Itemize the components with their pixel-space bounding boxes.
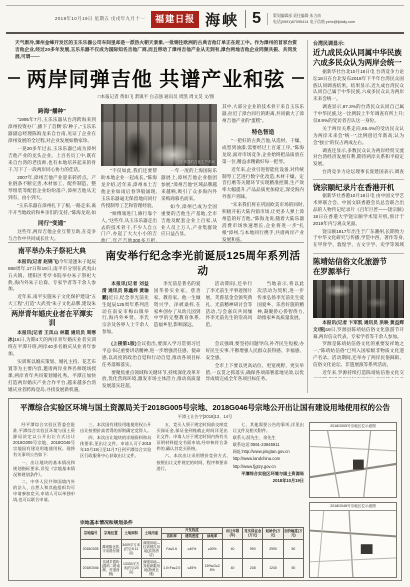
paragraph: 本报讯(记者 刘益清 通讯员 陈鑫炜 黄瑜鹏)近日,纪念李光前先生诞辰125周年… (102, 281, 149, 336)
contact-line: 网址:http://www.pingtan.gov.cn (233, 449, 304, 455)
paragraph: (上接第1版)会议指出,要深入学习贯彻习近平总书记重要讲话精神,进一步增强责任感… (102, 341, 201, 369)
land-announcement: 平潭综合实验区环境与国土资源局关于2018G005号宗地、2018G046号宗地… (8, 398, 402, 581)
paragraph-text: 16日,为期4天的两岸青年婚庆业者实训班在平潭开班,两岸40多名婚庆从业青年参加… (8, 337, 96, 356)
map-canvas (310, 431, 396, 497)
paragraph-text: 18日,罗源县陈靖姑信俗文化旅游节开幕,两岸信众代表、专家学者等千余人参加。 (313, 327, 404, 339)
story-column: 李光前是著名的爱国华侨实业家、慈善家、教育家。他一生倾资兴学、泽被桑梓,在家乡创… (154, 281, 201, 337)
chen-headline: 陈靖姑信俗文化旅游节 在罗源举行 (313, 257, 404, 278)
paragraph: 2007年,漳州吉他产业迎来转折点。产业链条不断完善,木材加工、配件制造、整琴组… (8, 175, 96, 203)
paragraph: 饶宗颐1917年出生于广东潮州,长期致力于中华文化研究与传播,学贯中西、著作等身… (313, 229, 404, 250)
paragraph: 二、中华人民共和国境内外的法人、自然人和其他组织均可申请参加竞买,申请人可以单独… (13, 479, 75, 503)
announcement-body: 经平潭综合实验区管委会批准,平潭综合实验区环境与国土资源局决定以公开出让方式出让… (13, 422, 397, 578)
date-line: 2018年10月19日 星期五 戊戌年九月十一 (55, 16, 145, 22)
headline-line: 近九成民众认同属中华民族 (313, 48, 402, 57)
rao-headline: 饶宗颐纪录片在香港开机 (313, 183, 404, 193)
table-cell: 2990 (263, 540, 283, 559)
announcement-column: 五、竞买人须于规定时间前交纳竞买保证金,保证金到账截止时间详见出让文件。申请人应… (156, 422, 227, 517)
paragraph: 六、本次出让采用增价竞价方式,按照出让文件规定的时间、程序和要求进行。 (156, 453, 227, 471)
middle-band: 南安举行纪念李光前诞辰125周年系列活动 本报讯(记者 刘益清 通讯员 陈鑫炜 … (102, 246, 304, 394)
story-byline: 本报讯(记者 赵锦飞) (17, 259, 59, 264)
story-paragraphs: 本报讯(记者 赵锦飞)今年适逢朱子诞辰888周年,17日和19日,南平市分别在武… (8, 259, 96, 309)
table-cell: 1240 (263, 559, 283, 578)
paragraph: 本报讯(记者 王凤山 林霞 通讯员 周寒冰)16日,为期4天的两岸青年婚庆业者实… (8, 330, 96, 358)
table-cell: 3409平方米(约合5.11亩) (121, 540, 141, 559)
paragraph: 据新华社香港10月18日电 由中国文学艺术界联合会、中国文联香港会员总会联合出品… (313, 193, 404, 227)
editor-line: 策划编辑部 责任编辑·朱力南 (273, 14, 321, 18)
story-paragraphs: 据新华社香港10月18日电 由中国文学艺术界联合会、中国文联香港会员总会联合出品… (313, 193, 404, 249)
contact-line: http://www.landchina.com (233, 456, 304, 462)
contact-block: 联系人:薛先生、余先生联系电话:0591-23845911网址:http://w… (233, 435, 304, 469)
contact-line: 电话(0591)87095414 电子信箱 yzhx@fjdaily.com (273, 20, 355, 24)
headline-rule-left (8, 77, 20, 78)
lower-band: 南平举办朱子祭祀大典 本报讯(记者 赵锦飞)今年适逢朱子诞辰888周年,17日和… (8, 242, 304, 394)
paragraph: 七、其他需要公告的事项,详见出让文件及相关附件。 (233, 422, 304, 434)
paragraph: 全市上下要以更高站位、更宽视野、更实举措,一以贯之抓落实,确保各项部署落地见效,… (206, 363, 305, 384)
story-column: 活动期间,还举行了李光前生平事迹图片展、芙蓉基金会颁奖典礼、光前精神研讨会等活动… (206, 281, 253, 337)
right-sidebar: 台湾民调显示: 近九成民众认同属中华民族 六成多民众认为两岸会统一 据新华社台北… (307, 40, 404, 393)
poll-story: 台湾民调显示: 近九成民众认同属中华民族 六成多民众认为两岸会统一 据新华社台北… (313, 40, 404, 175)
nanan-headline: 南安举行纪念李光前诞辰125周年系列活动 (102, 248, 304, 278)
main-headline-row: 两岸同弹吉他 共谱产业和弦 (8, 63, 304, 92)
column-header: 竞买保证金(万元) (243, 527, 263, 540)
announcement-middle: 三、本次国有建设用地使用权公开出让按照价高者得的原则确定竞得人。四、本次出让地块… (80, 422, 304, 578)
table-cell: 15%≤G≤25% (202, 559, 222, 578)
table-row: 2018G005潭城镇北厝,平岚路东侧3409平方米(约合5.11亩)商服用地—… (81, 540, 304, 559)
story-column-middle: 玉乐乐器的吉他生产车间 “不仅如此,我们还要帮助本地企业一起成长。”陈海龙介绍,… (101, 104, 217, 244)
sub-column: 一年一度的上海国际乐器展上,漳州吉他企业抱团参展,“漳州吉他”区域品牌越来越响,… (161, 168, 217, 244)
paragraph: 三、本次国有建设用地使用权公开出让按照价高者得的原则确定竞得人。 (80, 422, 151, 434)
paragraph-text: 近日,纪念李光前先生诞辰125周年系列活动在南安市梅山镇举行,海内外乡贤、李氏宗… (102, 295, 149, 334)
story-paragraphs: 据新华社台北10月18日电 台湾竞争力论坛18日在台北发布2018年下半年台湾民… (313, 69, 404, 175)
column-paragraphs: “一把好的古典吉他,从选材、干燥、成型到油漆,需要经过上百道工序。”陈海龙说,面… (222, 138, 304, 243)
column-header: 出让年限(年) (222, 527, 242, 540)
table-title: 宗地基本情况和规划条件 (80, 519, 304, 526)
paragraph: 据新华社台北10月18日电 台湾竞争力论坛18日在台北发布2018年下半年台湾民… (313, 69, 404, 103)
paragraph: “未来我们将在巩固欧美市场的同时,积极开拓大陆内销市场,让更多人弹上漳州造的好吉… (222, 202, 304, 243)
parcel-table-head: 宗地编号宗地位置土地面积土地用途开发程度出让年限(年)竞买保证金(万元)起始价(… (81, 527, 304, 540)
issue-date: 2018年10月19日 (233, 478, 304, 484)
table-cell: 岚城乡霞屿(霞屿二路南侧、村道西侧) (101, 559, 121, 578)
rao-story: 饶宗颐纪录片在香港开机 据新华社香港10月18日电 由中国文学艺术界联合会、中国… (313, 179, 404, 249)
table-cell: 40 (222, 559, 242, 578)
table-cell: 990 (243, 540, 263, 559)
announcement-column: 七、其他需要公告的事项,详见出让文件及相关附件。 联系人:薛先生、余先生联系电话… (233, 422, 304, 517)
announcement-column: 经平潭综合实验区管委会批准,平潭综合实验区环境与国土资源局决定以公开出让方式出让… (13, 422, 75, 578)
section-name: 海峡 (205, 9, 239, 30)
paragraph: 调查还显示,多数民众认为两岸经贸交流对台湾经济发展有利,期待两岸关系和平稳定发展… (313, 148, 404, 169)
photo-caption: 玉乐乐器的吉他生产车间 (177, 160, 216, 165)
table-cell: 50 (283, 540, 303, 559)
paragraph: “不仅如此,我们还要帮助本地企业一起成长。”陈海龙介绍,近年来,漳州本土吉他企业… (101, 168, 157, 209)
below-photo-columns: “不仅如此,我们还要帮助本地企业一起成长。”陈海龙介绍,近年来,漳州本土吉他企业… (101, 168, 217, 244)
contact-line: http://www.fjgtzy.gov.cn (233, 464, 304, 470)
subhead-peers: 同行“变通” (8, 219, 96, 227)
parcel-table-body: 2018G005潭城镇北厝,平岚路东侧3409平方米(约合5.11亩)商服用地—… (81, 540, 304, 578)
column-header: 宗地位置 (101, 527, 121, 540)
subhead-smart-manufacturing: 特色智造 (222, 128, 304, 136)
wedding-story: 两岸青年婚庆业者在平潭实训 本报讯(记者 王凤山 林霞 通讯员 周寒冰)16日,… (8, 311, 96, 393)
table-cell: 1.0<Fa≤2.0 (162, 559, 182, 578)
photo-guitar-workshop: 玉乐乐器的吉他生产车间 (101, 104, 217, 166)
map-title: 2018G005号宗地区位示意图 (310, 423, 396, 431)
paragraph: 本报讯(记者 赵锦飞)今年适逢朱子诞辰888周年,17日和19日,南平市分别在武… (8, 259, 96, 293)
left-column-stories: 南平举办朱子祭祀大典 本报讯(记者 赵锦飞)今年适逢朱子诞辰888周年,17日和… (8, 246, 96, 394)
paragraph: “一把好的古典吉他,从选材、干燥、成型到油漆,需要经过上百道工序。”陈海龙说,面… (222, 138, 304, 166)
story-column: 当地表示,将以此次活动为契机,进一步传承弘扬李光前先生爱国爱乡、乐善好施的精神,… (257, 281, 304, 337)
map-box-g046: 2018G046号宗地区位示意图 (309, 502, 397, 578)
paragraph: 五、竞买人须于规定时间前交纳竞买保证金,保证金到账截止时间详见出让文件。申请人应… (156, 422, 227, 452)
page-header: 2018年10月19日 星期五 戊戌年九月十一 福建日报 海峡 5 策划编辑部 … (6, 5, 404, 34)
table-cell: 40 (222, 540, 242, 559)
page-number: 5 (245, 10, 261, 28)
paragraph: 如今,漳州已成为全国重要的吉他生产基地,全市吉他及配套企业上百家,从业人员上万人… (161, 204, 217, 238)
column-header: 土地面积 (121, 527, 141, 540)
headline-rule-right (292, 77, 304, 78)
column-header: 宗地编号 (81, 527, 101, 540)
headline-line: 陈靖姑信俗文化旅游节 (313, 257, 387, 266)
paragraph: 四、本次出让地块的详细资料和具体要求,见出让文件。申请人可于2018年10月19… (80, 435, 151, 459)
paragraph: 活动期间,还举行了李光前生平事迹图片展、芙蓉基金会颁奖典礼、光前精神研讨会等活动… (206, 281, 253, 329)
story-column: 本报讯(记者 刘益清 通讯员 陈鑫炜 黄瑜鹏)近日,纪念李光前先生诞辰125周年… (102, 281, 149, 337)
paragraph: 关于两岸关系走向,65.4%的受访民众认为两岸未来会“统一”,比例创近年新高;认… (313, 126, 404, 147)
paragraph: 近年来,罗源持续打造陈靖姑信俗文化交流品牌,促进两岸民间交流交往,两岸信众往来日… (313, 370, 404, 378)
headline-line: 在罗源举行 (313, 267, 350, 276)
paragraph: 近年来,企业引进智能化设备,对传统制琴工艺进行数字化改造,木材干燥、定音打磨等关… (222, 167, 304, 201)
continuation-column: (上接第1版)会议指出,要深入学习贯彻习近平总书记重要讲话精神,进一步增强责任感… (102, 341, 201, 394)
table-cell: 商服用地—其他商服用地(物流仓储) (141, 559, 161, 578)
nanan-body-columns: 本报讯(记者 刘益清 通讯员 陈鑫炜 黄瑜鹏)近日,纪念李光前先生诞辰125周年… (102, 281, 304, 337)
table-cell: 2018G046 (81, 559, 101, 578)
paragraph: 其中,大部分企业的技术骨干来自玉乐乐器,拉近了漳台同行的距离,共同做大了漳州吉他… (222, 104, 304, 125)
story-body-columns: 跨海“播种” “1995年7月,玉乐乐器从台湾跨海来到漳州投资办厂,播下了首颗‘… (8, 104, 304, 244)
continuation-columns: (上接第1版)会议指出,要深入学习贯彻习近平总书记重要讲话精神,进一步增强责任感… (102, 341, 304, 394)
zhuxi-headline: 南平举办朱子祭祀大典 (8, 248, 96, 257)
story-kicker: 台湾民调显示: (313, 40, 404, 47)
table-cell: 248 (243, 559, 263, 578)
story-paragraphs: 本报讯(记者 王凤山 林霞 通讯员 周寒冰)16日,为期4天的两岸青年婚庆业者实… (8, 330, 96, 392)
column-paragraphs: 七、其他需要公告的事项,详见出让文件及相关附件。 (233, 422, 304, 434)
continuation-column: 会议强调,要坚持问题导向,补齐民生短板,办好民生实事,不断增强人民群众获得感、幸… (206, 341, 305, 394)
paragraph: 经平潭综合实验区管委会批准,平潭综合实验区环境与国土资源局决定以公开出让方式出让… (13, 422, 75, 459)
announcement-headline: 平潭综合实验区环境与国土资源局关于2018G005号宗地、2018G046号宗地… (13, 402, 397, 413)
table-cell: 商服用地—住宿餐饮用地(宾馆酒店) (141, 540, 161, 559)
editor-info: 策划编辑部 责任编辑·朱力南 电话(0591)87095414 电子信箱 yzh… (267, 13, 355, 25)
paragraph: 调查显示,87.3%的台湾民众认同自己属于中华民族,这一比例较上半年调查有所上升… (313, 104, 404, 125)
photo-festival-crowd (313, 280, 404, 318)
poll-headline: 近九成民众认同属中华民族 六成多民众认为两岸会统一 (313, 48, 404, 69)
paragraph: 一、出让地块的基本情况和规划指标要求,详见《宗地基本情况和规划条件》。 (13, 460, 75, 478)
paragraph: “玉乐乐器在漳州扎下了根,一路走来,离不开当地政府和乡亲们的支持。”陈海龙说,如… (8, 203, 96, 216)
table-cell: Fa≤0.6 (162, 540, 182, 559)
parcel-table: 宗地编号宗地位置土地面积土地用途开发程度出让年限(年)竞买保证金(万元)起始价(… (80, 527, 304, 579)
sub-column: “不仅如此,我们还要帮助本地企业一起成长。”陈海龙介绍,近年来,漳州本土吉他企业… (101, 168, 157, 244)
issuer-signature: 平潭综合实验区环境与国土资源局 (233, 471, 304, 477)
column-paragraphs: 罗源是陈靖姑信俗文化的重要发祥地之一,“陈靖姑信俗”已列入国家级非物质文化遗产名… (313, 341, 404, 377)
table-cell: 13333平方米(约合20亩) (121, 559, 141, 578)
zhuxi-story: 南平举办朱子祭祀大典 本报讯(记者 赵锦飞)今年适逢朱子诞辰888周年,17日和… (8, 248, 96, 309)
paragraph: 罗源是陈靖姑信俗文化的重要发祥地之一,“陈靖姑信俗”已列入国家级非物质文化遗产名… (313, 341, 404, 369)
table-cell: 潭城镇北厝,平岚路东侧 (101, 540, 121, 559)
map-canvas (310, 511, 396, 578)
column-paragraphs: 实训班以婚庆策划、婚礼主持、花艺布置等为主要内容,邀请两岸业界名师现场授课,两岸… (8, 359, 96, 392)
parcel-maps: 2018G005号宗地区位示意图 2018G046号宗地区位示意图 (309, 422, 397, 578)
subhead-sowing: 跨海“播种” (8, 107, 96, 115)
map-roads-icon (310, 511, 396, 578)
masthead-logo: 福建日报 (151, 11, 199, 28)
table-cell: ≤45% (182, 559, 202, 578)
paragraph: 一晃20多年过去,玉乐乐器已成为漳州吉他产业的龙头企业。上百名员工中,既有来自台… (8, 146, 96, 174)
story-column-left: 跨海“播种” “1995年7月,玉乐乐器从台湾跨海来到漳州投资办厂,播下了首颗‘… (8, 104, 96, 244)
paragraph: 台湾竞争力论坛理事长庞建国表示,调查结果说明“泛中国人认同”依然是台湾社会稳定的… (313, 169, 404, 175)
paragraph: 实训班以婚庆策划、婚礼主持、花艺布置等为主要内容,邀请两岸业界名师现场授课,两岸… (8, 359, 96, 392)
column-header: 加价幅度(万元) (283, 527, 303, 540)
top-story: 天气渐冷,漳州金峰开发区的玉乐乐器公司车间里却是一派热火朝天景象,一批销往欧洲的… (8, 40, 304, 238)
contact-line: 联系人:薛先生、余先生 (233, 435, 304, 441)
paragraph: “1995年7月,玉乐乐器从台湾跨海来到漳州投资办厂,播下了首颗‘乐’种子。”玉… (8, 117, 96, 145)
paragraph: 要聚焦重点领域和关键环节,持续深化改革开放,优化营商环境,激发市场主体活力,推动… (102, 370, 201, 391)
story-paragraphs: 本报讯(记者 卞军凯 通讯员 洪映 黄益辉 文/图)18日,罗源县陈靖姑信俗文化… (313, 320, 404, 378)
parcel-table-section: 宗地基本情况和规划条件 宗地编号宗地位置土地面积土地用途开发程度出让年限(年)竞… (80, 517, 304, 579)
table-cell: 2018G005 (81, 540, 101, 559)
main-byline: □本报记者 黄如飞 萧镇平 白志强 通讯员 周凯 周文昊 文/图 (8, 94, 304, 100)
chen-story: 陈靖姑信俗文化旅游节 在罗源举行 本报讯(记者 卞军凯 通讯员 洪映 黄益辉 文… (313, 253, 404, 378)
column-header: 土地用途 (141, 527, 161, 540)
table-cell: ≥40% (202, 540, 222, 559)
headline-line: 六成多民众认为两岸会统一 (313, 58, 402, 67)
story-lede: 天气渐冷,漳州金峰开发区的玉乐乐器公司车间里却是一派热火朝天景象,一批销往欧洲的… (8, 40, 304, 60)
paragraph: 会议强调,要坚持问题导向,补齐民生短板,办好民生实事,不断增强人民群众获得感、幸… (206, 341, 305, 362)
map-roads-icon (310, 431, 396, 497)
newspaper-page: 2018年10月19日 星期五 戊戌年九月十一 福建日报 海峡 5 策划编辑部 … (0, 0, 410, 587)
wedding-headline: 两岸青年婚庆业者在平潭实训 (8, 311, 96, 329)
column-paragraphs: “1995年7月,玉乐乐器从台湾跨海来到漳州投资办厂,播下了首颗‘乐’种子。”玉… (8, 117, 96, 216)
table-cell: ≤40% (182, 540, 202, 559)
table-cell: 50 (283, 559, 303, 578)
paragraph: 近年来,南平实施朱子文化保护建设“五大工程”,打造“大武夷”朱子文化品牌,建设朱… (8, 294, 96, 309)
table-row: 2018G046岚城乡霞屿(霞屿二路南侧、村道西侧)13333平方米(约合20亩… (81, 559, 304, 578)
paragraph: 一年一度的上海国际乐器展上,漳州吉他企业抱团参展,“漳州吉他”区域品牌越来越响,… (161, 168, 217, 202)
paragraph: 李光前是著名的爱国华侨实业家、慈善家、教育家。他一生倾资兴学、泽被桑梓,在家乡创… (154, 281, 201, 329)
announcement-column: 三、本次国有建设用地使用权公开出让按照价高者得的原则确定竞得人。四、本次出让地块… (80, 422, 151, 517)
paragraph: 当地表示,将以此次活动为契机,进一步传承弘扬李光前先生爱国爱乡、乐善好施的精神,… (257, 281, 304, 322)
map-box-g005: 2018G005号宗地区位示意图 (309, 422, 397, 498)
contact-line: 联系电话:0591-23845911 (233, 442, 304, 448)
announcement-columns: 三、本次国有建设用地使用权公开出让按照价高者得的原则确定竞得人。四、本次出让地块… (80, 422, 304, 517)
paragraph: 本报讯(记者 卞军凯 通讯员 洪映 黄益辉 文/图)18日,罗源县陈靖姑信俗文化… (313, 320, 404, 341)
story-column-right: 其中,大部分企业的技术骨干来自玉乐乐器,拉近了漳台同行的距离,共同做大了漳州吉他… (222, 104, 304, 244)
main-headline: 两岸同弹吉他 共谱产业和弦 (27, 63, 286, 92)
continued-tag: (上接第1版) (111, 341, 136, 346)
map-title: 2018G046号宗地区位示意图 (310, 503, 396, 511)
document-number: 平潭土让告字[2018]13、14号 (13, 414, 397, 420)
column-paragraphs: 近年来,南平实施朱子文化保护建设“五大工程”,打造“大武夷”朱子文化品牌,建设朱… (8, 294, 96, 309)
column-header: 起始价(万元) (263, 527, 283, 540)
column-paragraphs: 要聚焦重点领域和关键环节,持续深化改革开放,优化营商环境,激发市场主体活力,推动… (102, 370, 201, 391)
paragraph: “师傅领进门,修行靠个人。”这些年,从玉乐乐器走出去的技术骨干,不少人自立门户,… (101, 211, 157, 245)
